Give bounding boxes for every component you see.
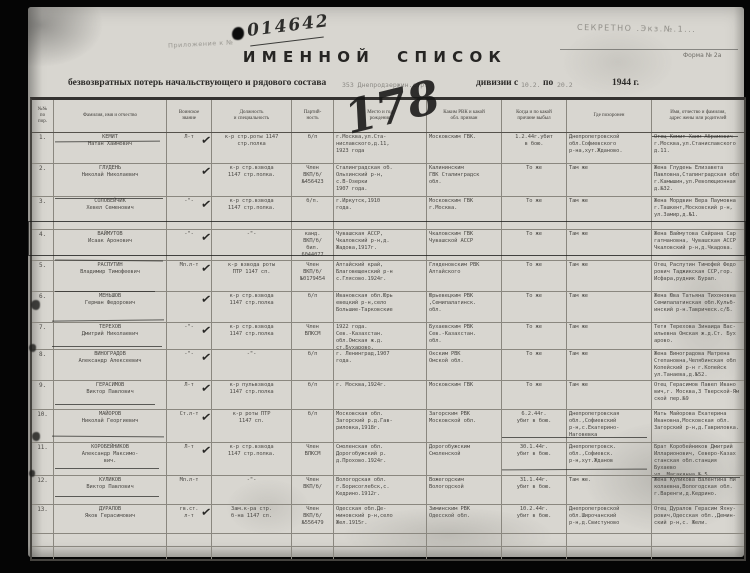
rank-cell: гв.ст. л-т✓: [167, 505, 212, 533]
position-cell: -"-: [212, 476, 292, 504]
rank-cell: Л-т✓: [167, 133, 212, 163]
drafted-cell: Окским РВК Омской обл.: [427, 350, 502, 380]
handwritten-checkmark: ✓: [200, 133, 212, 149]
party-cell: Член ВКП/б/ №0179454: [292, 261, 334, 291]
birth-cell: Одесская обл.Де- миновский р-н,село Жел.…: [334, 505, 427, 533]
row-number: 5.: [32, 261, 54, 291]
drafted-cell: Гляденовским РВК Алтайского: [427, 261, 502, 291]
name-cell: ДУРАЛОВ Яков Герасимович: [54, 505, 167, 533]
handwritten-checkmark: ✓: [200, 323, 212, 339]
pencil-strike: [502, 437, 647, 438]
position-cell: к-р роты ПТР 1147 сп.: [212, 410, 292, 442]
casualty-cell: 31.1.44г. убит в бою.: [502, 476, 567, 504]
rank-text: -"-: [184, 324, 193, 330]
row-number: 13.: [32, 505, 54, 533]
position-cell: к-р стр.взвода 1147 стр.полка: [212, 323, 292, 349]
name-cell: ГЛУДЕНЬ Николай Николаевич: [54, 164, 167, 196]
party-cell: Член ВКП/б/: [292, 476, 334, 504]
rank-text: -"-: [184, 198, 193, 204]
drafted-cell: [427, 534, 502, 546]
birth-cell: Московская обл. Загорский р.д.Гав- рилов…: [334, 410, 427, 442]
burial-cell: Там же.: [567, 476, 652, 504]
name-cell: КОРОБЕЙНИКОВ Александр Максимо- вич.: [54, 443, 167, 475]
party-cell: Член ВЛКСМ: [292, 323, 334, 349]
party-cell: б/п: [292, 133, 334, 163]
birth-cell: г. Москва,1924г.: [334, 381, 427, 409]
burial-cell: Днепропетровск. обл.,Софиевск. р-н,хут.Ж…: [567, 443, 652, 475]
relatives-cell: Тетя Терехова Зинаида Вас- ильевна Омска…: [652, 323, 744, 349]
position-cell: [212, 547, 292, 559]
handwritten-checkmark: ✓: [200, 164, 212, 180]
position-cell: Зам.к-ра стр. б-на 1147 сп.: [212, 505, 292, 533]
burial-cell: Там же: [567, 261, 652, 291]
casualty-cell: То же: [502, 261, 567, 291]
party-cell: [292, 534, 334, 546]
table-row: [32, 547, 744, 559]
drafted-cell: Юрьевецким РВК ,Семипалатинск. обл.: [427, 292, 502, 322]
handwritten-checkmark: ✓: [200, 381, 212, 397]
position-cell: к-р стр.взвода 1147 стр.полка: [212, 292, 292, 322]
name-cell: ВИНОГРАДОВ Александр Алексеевич: [54, 350, 167, 380]
birth-cell: г. Ленинград,1907 года.: [334, 350, 427, 380]
relatives-cell: [652, 547, 744, 559]
page-title: ИМЕННОЙ СПИСОК: [0, 48, 750, 66]
position-cell: к-р стр.роты 1147 стр.полка: [212, 133, 292, 163]
position-cell: [212, 534, 292, 546]
drafted-cell: Вожегодским Вологодской: [427, 476, 502, 504]
table-row: 9. ГЕРАСИМОВ Виктор Павлович Л-т✓ к-р пу…: [32, 381, 744, 410]
party-cell: Член ВЛКСМ: [292, 443, 334, 475]
table-row: 2. ГЛУДЕНЬ Николай Николаевич ✓ к-р стр.…: [32, 164, 744, 197]
row-number: 12.: [32, 476, 54, 504]
party-cell: Член ВКП/б/ №456423: [292, 164, 334, 196]
rank-text: Л-т: [184, 134, 193, 140]
casualty-cell: То же: [502, 164, 567, 196]
col-header-casualty: Когда и по какой причине выбыл: [502, 100, 567, 132]
pencil-strike: [55, 404, 155, 405]
birth-cell: Смоленская обл. Дорогобужский р. д.Прохо…: [334, 443, 427, 475]
rank-cell: Л-т✓: [167, 443, 212, 475]
table-row: 12. КУЛИКОВ Виктор Павлович Мл.л-т -"- Ч…: [32, 476, 744, 505]
drafted-cell: Загорским РВК Московской обл.: [427, 410, 502, 442]
position-cell: к-р стр.взвода 1147 стр.полка.: [212, 164, 292, 196]
position-cell: к-р стр.взвода 1147 стр.полка.: [212, 443, 292, 475]
casualty-cell: [502, 547, 567, 559]
relatives-cell: Отец Дуралов Герасим Яхну- рович,Одесска…: [652, 505, 744, 533]
ink-smudge: [29, 344, 36, 352]
row-number: [32, 547, 54, 559]
handwritten-checkmark: ✓: [200, 505, 212, 521]
drafted-cell: Московским ГВК.: [427, 133, 502, 163]
burial-cell: Днепропетровской обл.Широчанский р-н,д.С…: [567, 505, 652, 533]
pencil-strike: [55, 198, 163, 199]
rank-cell: [167, 547, 212, 559]
year-label: 1944 г.: [612, 78, 639, 88]
birth-cell: [334, 547, 427, 559]
relatives-cell: Жена Виноградова Матрена Степановна,Челя…: [652, 350, 744, 380]
division-label: дивизии с: [476, 78, 518, 88]
rank-cell: ✓: [167, 164, 212, 196]
birth-cell: Ивановская обл.Юрь евецкий р-н,село Боль…: [334, 292, 427, 322]
burial-cell: Там же: [567, 292, 652, 322]
name-cell: КЕМИТ Натан Хаимович: [54, 133, 167, 163]
relatives-cell: Отец Герасимов Павел Ивано вич,г. Москва…: [652, 381, 744, 409]
handwritten-checkmark: ✓: [200, 350, 212, 366]
relatives-cell: Жена Глудень Елизавета Павловна,Сталингр…: [652, 164, 744, 196]
handwritten-checkmark: ✓: [200, 261, 212, 277]
handwritten-checkmark: ✓: [200, 410, 212, 426]
party-cell: Член ВКП/б/ №556479: [292, 505, 334, 533]
name-cell: КУЛИКОВ Виктор Павлович: [54, 476, 167, 504]
rank-cell: Ст.л-т✓: [167, 410, 212, 442]
position-cell: к-р пульвзвода 1147 стр.полка: [212, 381, 292, 409]
drafted-cell: [427, 547, 502, 559]
burial-cell: [567, 534, 652, 546]
rank-cell: -"-✓: [167, 323, 212, 349]
casualty-cell: То же: [502, 323, 567, 349]
drafted-cell: Калининским ГВК Сталинградск обл.: [427, 164, 502, 196]
rank-cell: Л-т✓: [167, 381, 212, 409]
ink-smudge: [31, 300, 40, 310]
ink-smudge: [32, 432, 40, 441]
position-cell: -"-: [212, 350, 292, 380]
row-number: 1.: [32, 133, 54, 163]
burial-cell: Днепропетровской обл.Софиевского р-на,ху…: [567, 133, 652, 163]
table-row: 11. КОРОБЕЙНИКОВ Александр Максимо- вич.…: [32, 443, 744, 476]
party-cell: б/п: [292, 410, 334, 442]
rank-text: гв.ст. л-т: [180, 506, 199, 519]
rank-cell: Мл.л-т: [167, 476, 212, 504]
handwritten-checkmark: ✓: [200, 292, 212, 308]
row-number: 11.: [32, 443, 54, 475]
position-cell: к-р взвода роты ПТР 1147 сп.: [212, 261, 292, 291]
birth-cell: Алтайский край, Благовещенский р-н с.Гля…: [334, 261, 427, 291]
name-cell: [54, 547, 167, 559]
row-highlight-box: [28, 221, 746, 256]
drafted-cell: Бухаевским РВК Сев.-Казахстан. обл.: [427, 323, 502, 349]
pencil-strike: [52, 346, 162, 347]
rank-text: Мл.л-т: [180, 477, 199, 483]
birth-cell: [334, 534, 427, 546]
pencil-strike: [55, 468, 159, 469]
col-header-burial: Где похоронен: [567, 100, 652, 132]
table-row: 1. КЕМИТ Натан Хаимович Л-т✓ к-р стр.рот…: [32, 133, 744, 164]
relatives-cell: [652, 534, 744, 546]
casualty-cell: 1.2.44г.убит в бою.: [502, 133, 567, 163]
row-number: 9.: [32, 381, 54, 409]
pencil-strike: [55, 291, 155, 292]
pencil-strike: [652, 477, 740, 478]
casualty-cell: 10.2.44г. убит в бою.: [502, 505, 567, 533]
casualty-cell: [502, 534, 567, 546]
col-header-rank: Воинское звание: [167, 100, 212, 132]
row-number: [32, 534, 54, 546]
date-to: 20.2: [557, 81, 573, 89]
handwritten-checkmark: ✓: [200, 197, 212, 213]
ink-smudge: [29, 470, 35, 477]
rank-text: Л-т: [184, 382, 193, 388]
birth-cell: Вологодская обл. г.Борисоглебск,с. Кедри…: [334, 476, 427, 504]
table-row: 13. ДУРАЛОВ Яков Герасимович гв.ст. л-т✓…: [32, 505, 744, 534]
po-label: по: [543, 78, 553, 88]
rank-text: Мл.л-т: [180, 262, 199, 268]
col-header-name: Фамилия, имя и отчество: [54, 100, 167, 132]
rank-text: Л-т: [184, 444, 193, 450]
name-cell: [54, 534, 167, 546]
scanned-document-page: Приложение к № 014642 СЕКРЕТНО .Экз.№.1.…: [0, 0, 750, 573]
relatives-cell: Жена Куликова Валентина Ни колаевна,Воло…: [652, 476, 744, 504]
burial-cell: Там же: [567, 323, 652, 349]
rank-cell: ✓: [167, 292, 212, 322]
table-row: 8. ВИНОГРАДОВ Александр Алексеевич -"-✓ …: [32, 350, 744, 381]
handwritten-checkmark: ✓: [200, 443, 212, 459]
col-header-party: Партий- ность: [292, 100, 334, 132]
col-header-position: Должность и специальность: [212, 100, 292, 132]
col-header-relatives: Имя, отчество и фамилия, адрес жены или …: [652, 100, 744, 132]
birth-cell: Сталинградская об. Ольхинский р-н, с.В-О…: [334, 164, 427, 196]
casualty-cell: То же: [502, 350, 567, 380]
pencil-strike: [55, 496, 159, 497]
table-row: [32, 534, 744, 547]
pencil-strike: [652, 136, 738, 137]
party-cell: б/п: [292, 381, 334, 409]
name-cell: МЕНЬШОВ Герман Федорович: [54, 292, 167, 322]
name-cell: РАСПУТИН Владимир Тимофеевич: [54, 261, 167, 291]
party-cell: б/п: [292, 292, 334, 322]
relatives-cell: Отец Распутин Тимофей Федо рович Таджикс…: [652, 261, 744, 291]
col-header-num: №№ по пор.: [32, 100, 54, 132]
date-from: 10.2.: [521, 81, 541, 89]
relatives-cell: Жена Юва Татьяна Тихоновна Семипалатинск…: [652, 292, 744, 322]
drafted-cell: Московским ГВК: [427, 381, 502, 409]
losses-table: №№ по пор. Фамилия, имя и отчество Воинс…: [30, 97, 746, 561]
rank-text: Ст.л-т: [180, 411, 199, 417]
table-row: 6. МЕНЬШОВ Герман Федорович ✓ к-р стр.вз…: [32, 292, 744, 323]
subtitle-text: безвозвратных потерь начальствующего и р…: [68, 78, 326, 88]
table-row: 5. РАСПУТИН Владимир Тимофеевич Мл.л-т✓ …: [32, 261, 744, 292]
rank-cell: Мл.л-т✓: [167, 261, 212, 291]
burial-cell: Там же: [567, 350, 652, 380]
party-cell: б/п: [292, 350, 334, 380]
casualty-cell: То же: [502, 381, 567, 409]
drafted-cell: Зиминским РВК Одесской обл.: [427, 505, 502, 533]
burial-cell: [567, 547, 652, 559]
row-number: 8.: [32, 350, 54, 380]
ink-blot: [232, 27, 244, 40]
casualty-cell: То же: [502, 292, 567, 322]
rank-cell: [167, 534, 212, 546]
row-number: 2.: [32, 164, 54, 196]
rank-cell: -"-✓: [167, 350, 212, 380]
relatives-cell: Брат Коробейников Дмитрий Илларионович, …: [652, 443, 744, 475]
drafted-cell: Дорогобужским Смоленской: [427, 443, 502, 475]
burial-cell: Там же: [567, 164, 652, 196]
rank-text: -"-: [184, 351, 193, 357]
party-cell: [292, 547, 334, 559]
relatives-cell: Отец Кемит Хаим Абрамович г.Москва,ул.Ст…: [652, 133, 744, 163]
relatives-cell: Мать Майорова Екатерина Ивановна,Московс…: [652, 410, 744, 442]
burial-cell: Там же: [567, 381, 652, 409]
birth-cell: 1922 года. Сев.-Казахстан. обл.Омская ж.…: [334, 323, 427, 349]
